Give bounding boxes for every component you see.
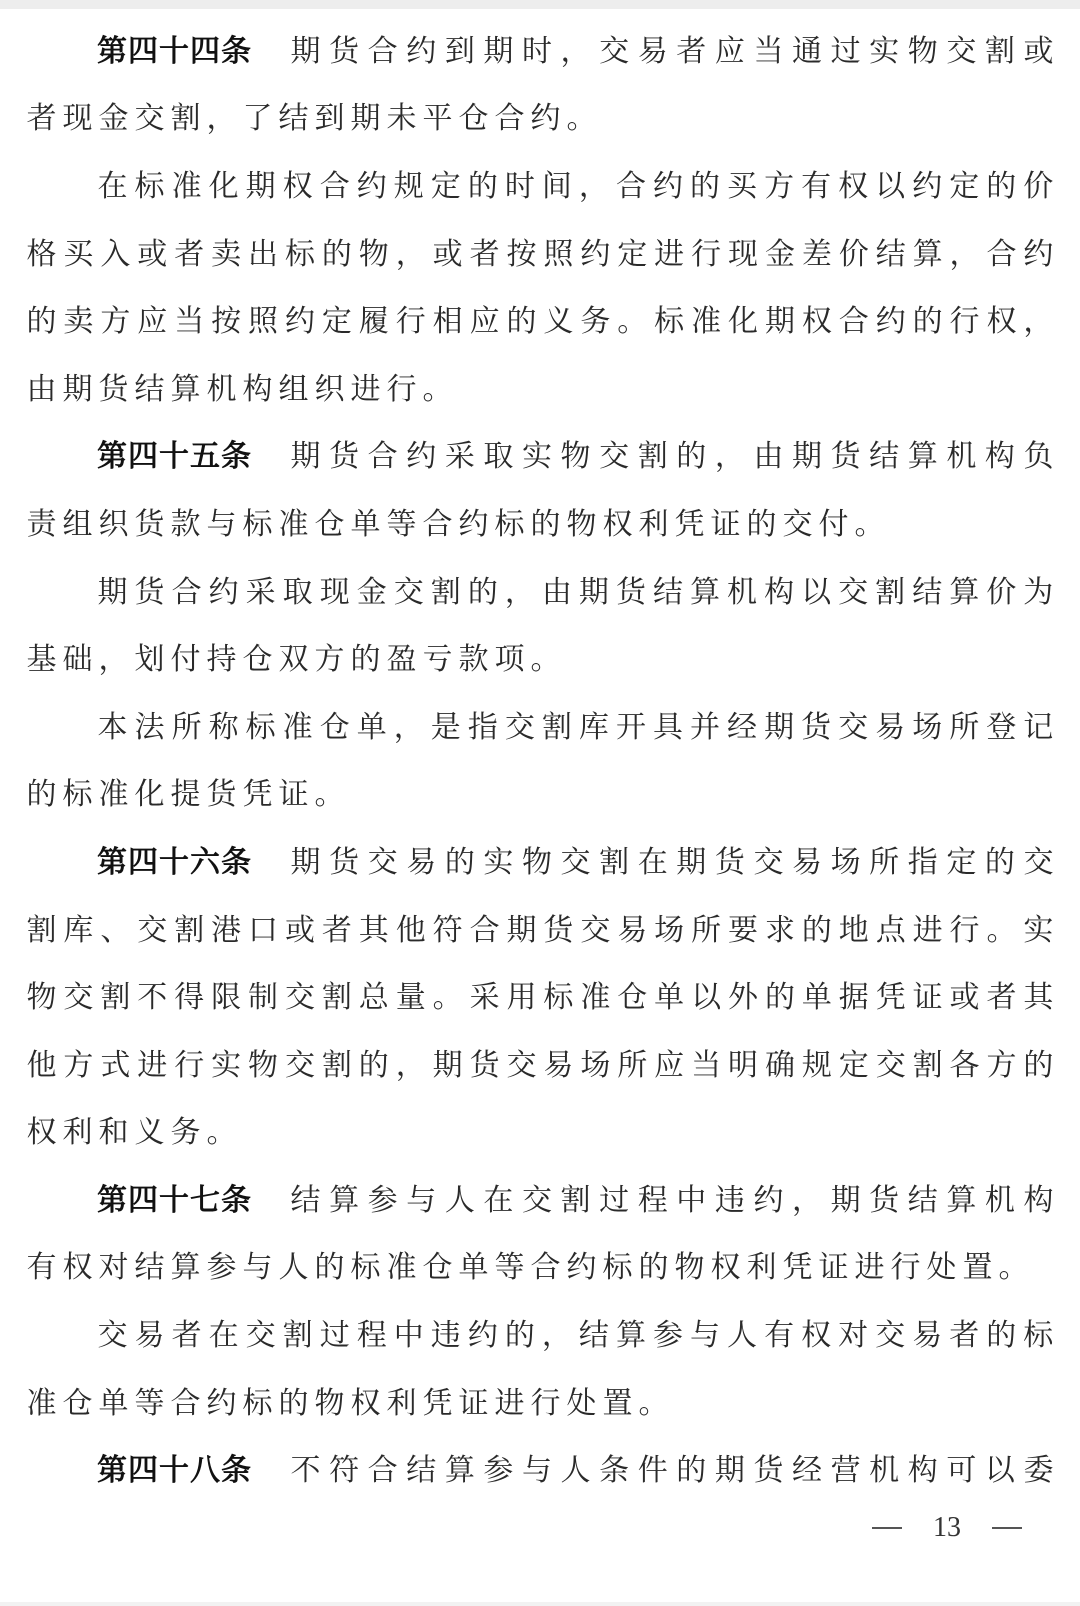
- line-text: 格买入或者卖出标的物，或者按照约定进行现金差价结算，合约: [26, 240, 1054, 270]
- line-text: 不符合结算参与人条件的期货经营机构可以委: [290, 1456, 1054, 1486]
- article-number: 第四十七条: [97, 1186, 252, 1216]
- article-number: 第四十五条: [97, 442, 252, 472]
- line-text: 交易者在交割过程中违约的，结算参与人有权对交易者的标: [97, 1321, 1054, 1351]
- viewer-bottom-band: [0, 1602, 1080, 1606]
- body-paragraph: 在标准化期权合约规定的时间，合约的买方有权以约定的价格买入或者卖出标的物，或者按…: [26, 153, 1054, 423]
- text-line: 本法所称标准仓单，是指交割库开具并经期货交易场所登记: [26, 694, 1054, 762]
- article-paragraph: 第四十五条期货合约采取实物交割的，由期货结算机构负责组织货款与标准仓单等合约标的…: [26, 424, 1054, 559]
- text-line: 第四十六条期货交易的实物交割在期货交易场所指定的交: [26, 829, 1054, 897]
- text-line: 责组织货款与标准仓单等合约标的物权利凭证的交付。: [26, 491, 1054, 559]
- page-number: 13: [933, 1512, 961, 1544]
- text-line: 第四十七条结算参与人在交割过程中违约，期货结算机构: [26, 1167, 1054, 1235]
- line-text: 的标准化提货凭证。: [26, 780, 345, 810]
- line-text: 期货交易的实物交割在期货交易场所指定的交: [290, 848, 1054, 878]
- line-text: 割库、交割港口或者其他符合期货交易场所要求的地点进行。实: [26, 916, 1054, 946]
- text-line: 期货合约采取现金交割的，由期货结算机构以交割结算价为: [26, 559, 1054, 627]
- line-text: 的卖方应当按照约定履行相应的义务。标准化期权合约的行权，: [26, 307, 1054, 337]
- line-text: 者现金交割，了结到期未平仓合约。: [26, 104, 597, 134]
- body-paragraph: 期货合约采取现金交割的，由期货结算机构以交割结算价为基础，划付持仓双方的盈亏款项…: [26, 559, 1054, 694]
- text-line: 权利和义务。: [26, 1100, 1054, 1168]
- text-line: 格买入或者卖出标的物，或者按照约定进行现金差价结算，合约: [26, 221, 1054, 289]
- footer-dash-left: [872, 1527, 902, 1529]
- line-text: 本法所称标准仓单，是指交割库开具并经期货交易场所登记: [97, 713, 1054, 743]
- text-line: 准仓单等合约标的物权利凭证进行处置。: [26, 1370, 1054, 1438]
- article-number: 第四十四条: [97, 37, 252, 67]
- body-paragraph: 本法所称标准仓单，是指交割库开具并经期货交易场所登记的标准化提货凭证。: [26, 694, 1054, 829]
- text-line: 第四十五条期货合约采取实物交割的，由期货结算机构负: [26, 424, 1054, 492]
- text-line: 第四十八条不符合结算参与人条件的期货经营机构可以委: [26, 1437, 1054, 1505]
- text-line: 的卖方应当按照约定履行相应的义务。标准化期权合约的行权，: [26, 288, 1054, 356]
- article-number: 第四十八条: [97, 1456, 252, 1486]
- text-line: 者现金交割，了结到期未平仓合约。: [26, 86, 1054, 154]
- footer-dash-right: [992, 1527, 1022, 1529]
- article-paragraph: 第四十八条不符合结算参与人条件的期货经营机构可以委: [26, 1437, 1054, 1505]
- text-line: 交易者在交割过程中违约的，结算参与人有权对交易者的标: [26, 1302, 1054, 1370]
- text-line: 有权对结算参与人的标准仓单等合约标的物权利凭证进行处置。: [26, 1235, 1054, 1303]
- line-text: 物交割不得限制交割总量。采用标准仓单以外的单据凭证或者其: [26, 983, 1054, 1013]
- text-line: 他方式进行实物交割的，期货交易场所应当明确规定交割各方的: [26, 1032, 1054, 1100]
- line-text: 基础，划付持仓双方的盈亏款项。: [26, 645, 561, 675]
- text-line: 由期货结算机构组织进行。: [26, 356, 1054, 424]
- article-number: 第四十六条: [97, 848, 252, 878]
- line-text: 在标准化期权合约规定的时间，合约的买方有权以约定的价: [97, 172, 1054, 202]
- text-line: 在标准化期权合约规定的时间，合约的买方有权以约定的价: [26, 153, 1054, 221]
- article-paragraph: 第四十四条期货合约到期时，交易者应当通过实物交割或者现金交割，了结到期未平仓合约…: [26, 18, 1054, 153]
- article-paragraph: 第四十七条结算参与人在交割过程中违约，期货结算机构有权对结算参与人的标准仓单等合…: [26, 1167, 1054, 1302]
- line-text: 有权对结算参与人的标准仓单等合约标的物权利凭证进行处置。: [26, 1253, 1029, 1283]
- line-text: 由期货结算机构组织进行。: [26, 375, 453, 405]
- document-page: 第四十四条期货合约到期时，交易者应当通过实物交割或者现金交割，了结到期未平仓合约…: [26, 18, 1054, 1505]
- line-text: 结算参与人在交割过程中违约，期货结算机构: [290, 1186, 1054, 1216]
- text-line: 物交割不得限制交割总量。采用标准仓单以外的单据凭证或者其: [26, 964, 1054, 1032]
- body-paragraph: 交易者在交割过程中违约的，结算参与人有权对交易者的标准仓单等合约标的物权利凭证进…: [26, 1302, 1054, 1437]
- line-text: 责组织货款与标准仓单等合约标的物权利凭证的交付。: [26, 510, 885, 540]
- viewer-top-band: [0, 0, 1080, 9]
- line-text: 他方式进行实物交割的，期货交易场所应当明确规定交割各方的: [26, 1051, 1054, 1081]
- line-text: 期货合约到期时，交易者应当通过实物交割或: [290, 37, 1054, 67]
- line-text: 期货合约采取实物交割的，由期货结算机构负: [290, 442, 1054, 472]
- text-line: 基础，划付持仓双方的盈亏款项。: [26, 626, 1054, 694]
- article-paragraph: 第四十六条期货交易的实物交割在期货交易场所指定的交割库、交割港口或者其他符合期货…: [26, 829, 1054, 1167]
- page-footer: 13: [872, 1512, 1022, 1544]
- line-text: 权利和义务。: [26, 1118, 237, 1148]
- text-line: 第四十四条期货合约到期时，交易者应当通过实物交割或: [26, 18, 1054, 86]
- line-text: 期货合约采取现金交割的，由期货结算机构以交割结算价为: [97, 578, 1054, 608]
- text-line: 的标准化提货凭证。: [26, 762, 1054, 830]
- text-line: 割库、交割港口或者其他符合期货交易场所要求的地点进行。实: [26, 897, 1054, 965]
- line-text: 准仓单等合约标的物权利凭证进行处置。: [26, 1389, 669, 1419]
